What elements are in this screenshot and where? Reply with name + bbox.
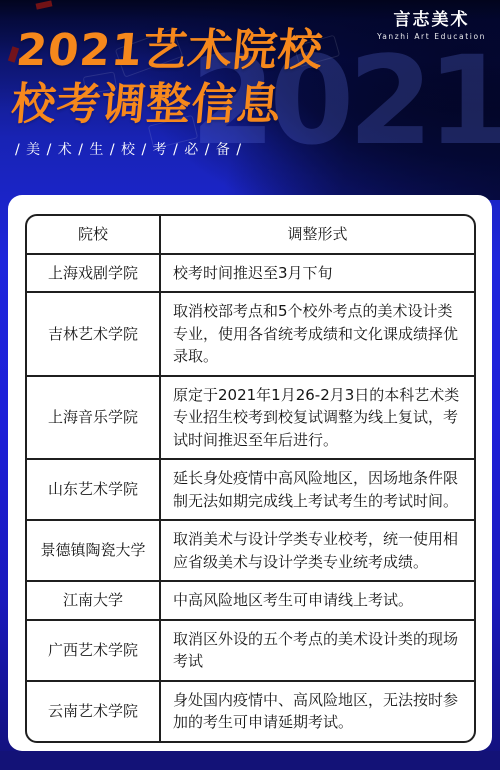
adjustment-cell: 身处国内疫情中、高风险地区，无法按时参加的考生可申请延期考试。 (160, 681, 474, 741)
school-cell: 广西艺术学院 (27, 620, 160, 681)
column-header-adjustment: 调整形式 (160, 216, 474, 254)
adjustment-cell: 取消校部考点和5个校外考点的美术设计类专业，使用各省统考成绩和文化课成绩择优录取… (160, 292, 474, 376)
red-calligraphy-fragment (36, 0, 53, 9)
school-cell: 景德镇陶瓷大学 (27, 520, 160, 581)
adjustment-cell: 中高风险地区考生可申请线上考试。 (160, 581, 474, 620)
poster-page: 2021 言志美术 Yanzhi Art Education 2021艺术院校 … (0, 0, 500, 770)
adjustment-table: 院校 调整形式 上海戏剧学院校考时间推迟至3月下旬吉林艺术学院取消校部考点和5个… (25, 214, 476, 743)
table-header-row: 院校 调整形式 (27, 216, 474, 254)
school-cell: 上海音乐学院 (27, 376, 160, 460)
adjustment-cell: 取消区外设的五个考点的美术设计类的现场考试 (160, 620, 474, 681)
school-cell: 吉林艺术学院 (27, 292, 160, 376)
content-card: 院校 调整形式 上海戏剧学院校考时间推迟至3月下旬吉林艺术学院取消校部考点和5个… (8, 195, 492, 751)
footer-bar (0, 751, 500, 770)
poster-title: 2021艺术院校 校考调整信息 (9, 24, 325, 132)
title-line-1: 2021艺术院校 (14, 24, 325, 78)
brand-logo: 言志美术 Yanzhi Art Education (377, 11, 486, 41)
school-cell: 山东艺术学院 (27, 459, 160, 520)
school-cell: 云南艺术学院 (27, 681, 160, 741)
title-line-2: 校考调整信息 (9, 78, 320, 132)
table-row: 云南艺术学院身处国内疫情中、高风险地区，无法按时参加的考生可申请延期考试。 (27, 681, 474, 741)
table-row: 山东艺术学院延长身处疫情中高风险地区，因场地条件限制无法如期完成线上考试考生的考… (27, 459, 474, 520)
table-row: 江南大学中高风险地区考生可申请线上考试。 (27, 581, 474, 620)
table-row: 景德镇陶瓷大学取消美术与设计学类专业校考，统一使用相应省级美术与设计学类专业统考… (27, 520, 474, 581)
adjustment-table-body: 上海戏剧学院校考时间推迟至3月下旬吉林艺术学院取消校部考点和5个校外考点的美术设… (27, 254, 474, 741)
adjustment-cell: 校考时间推迟至3月下旬 (160, 254, 474, 293)
adjustment-cell: 延长身处疫情中高风险地区，因场地条件限制无法如期完成线上考试考生的考试时间。 (160, 459, 474, 520)
brand-name: 言志美术 (377, 11, 486, 31)
table-row: 上海音乐学院原定于2021年1月26-2月3日的本科艺术类专业招生校考到校复试调… (27, 376, 474, 460)
table-row: 吉林艺术学院取消校部考点和5个校外考点的美术设计类专业，使用各省统考成绩和文化课… (27, 292, 474, 376)
column-header-school: 院校 (27, 216, 160, 254)
brand-subtitle: Yanzhi Art Education (377, 32, 486, 41)
table-row: 上海戏剧学院校考时间推迟至3月下旬 (27, 254, 474, 293)
adjustment-cell: 原定于2021年1月26-2月3日的本科艺术类专业招生校考到校复试调整为线上复试… (160, 376, 474, 460)
school-cell: 江南大学 (27, 581, 160, 620)
school-cell: 上海戏剧学院 (27, 254, 160, 293)
adjustment-cell: 取消美术与设计学类专业校考，统一使用相应省级美术与设计学类专业统考成绩。 (160, 520, 474, 581)
table-row: 广西艺术学院取消区外设的五个考点的美术设计类的现场考试 (27, 620, 474, 681)
tagline: / 美 / 术 / 生 / 校 / 考 / 必 / 备 / (15, 139, 242, 159)
